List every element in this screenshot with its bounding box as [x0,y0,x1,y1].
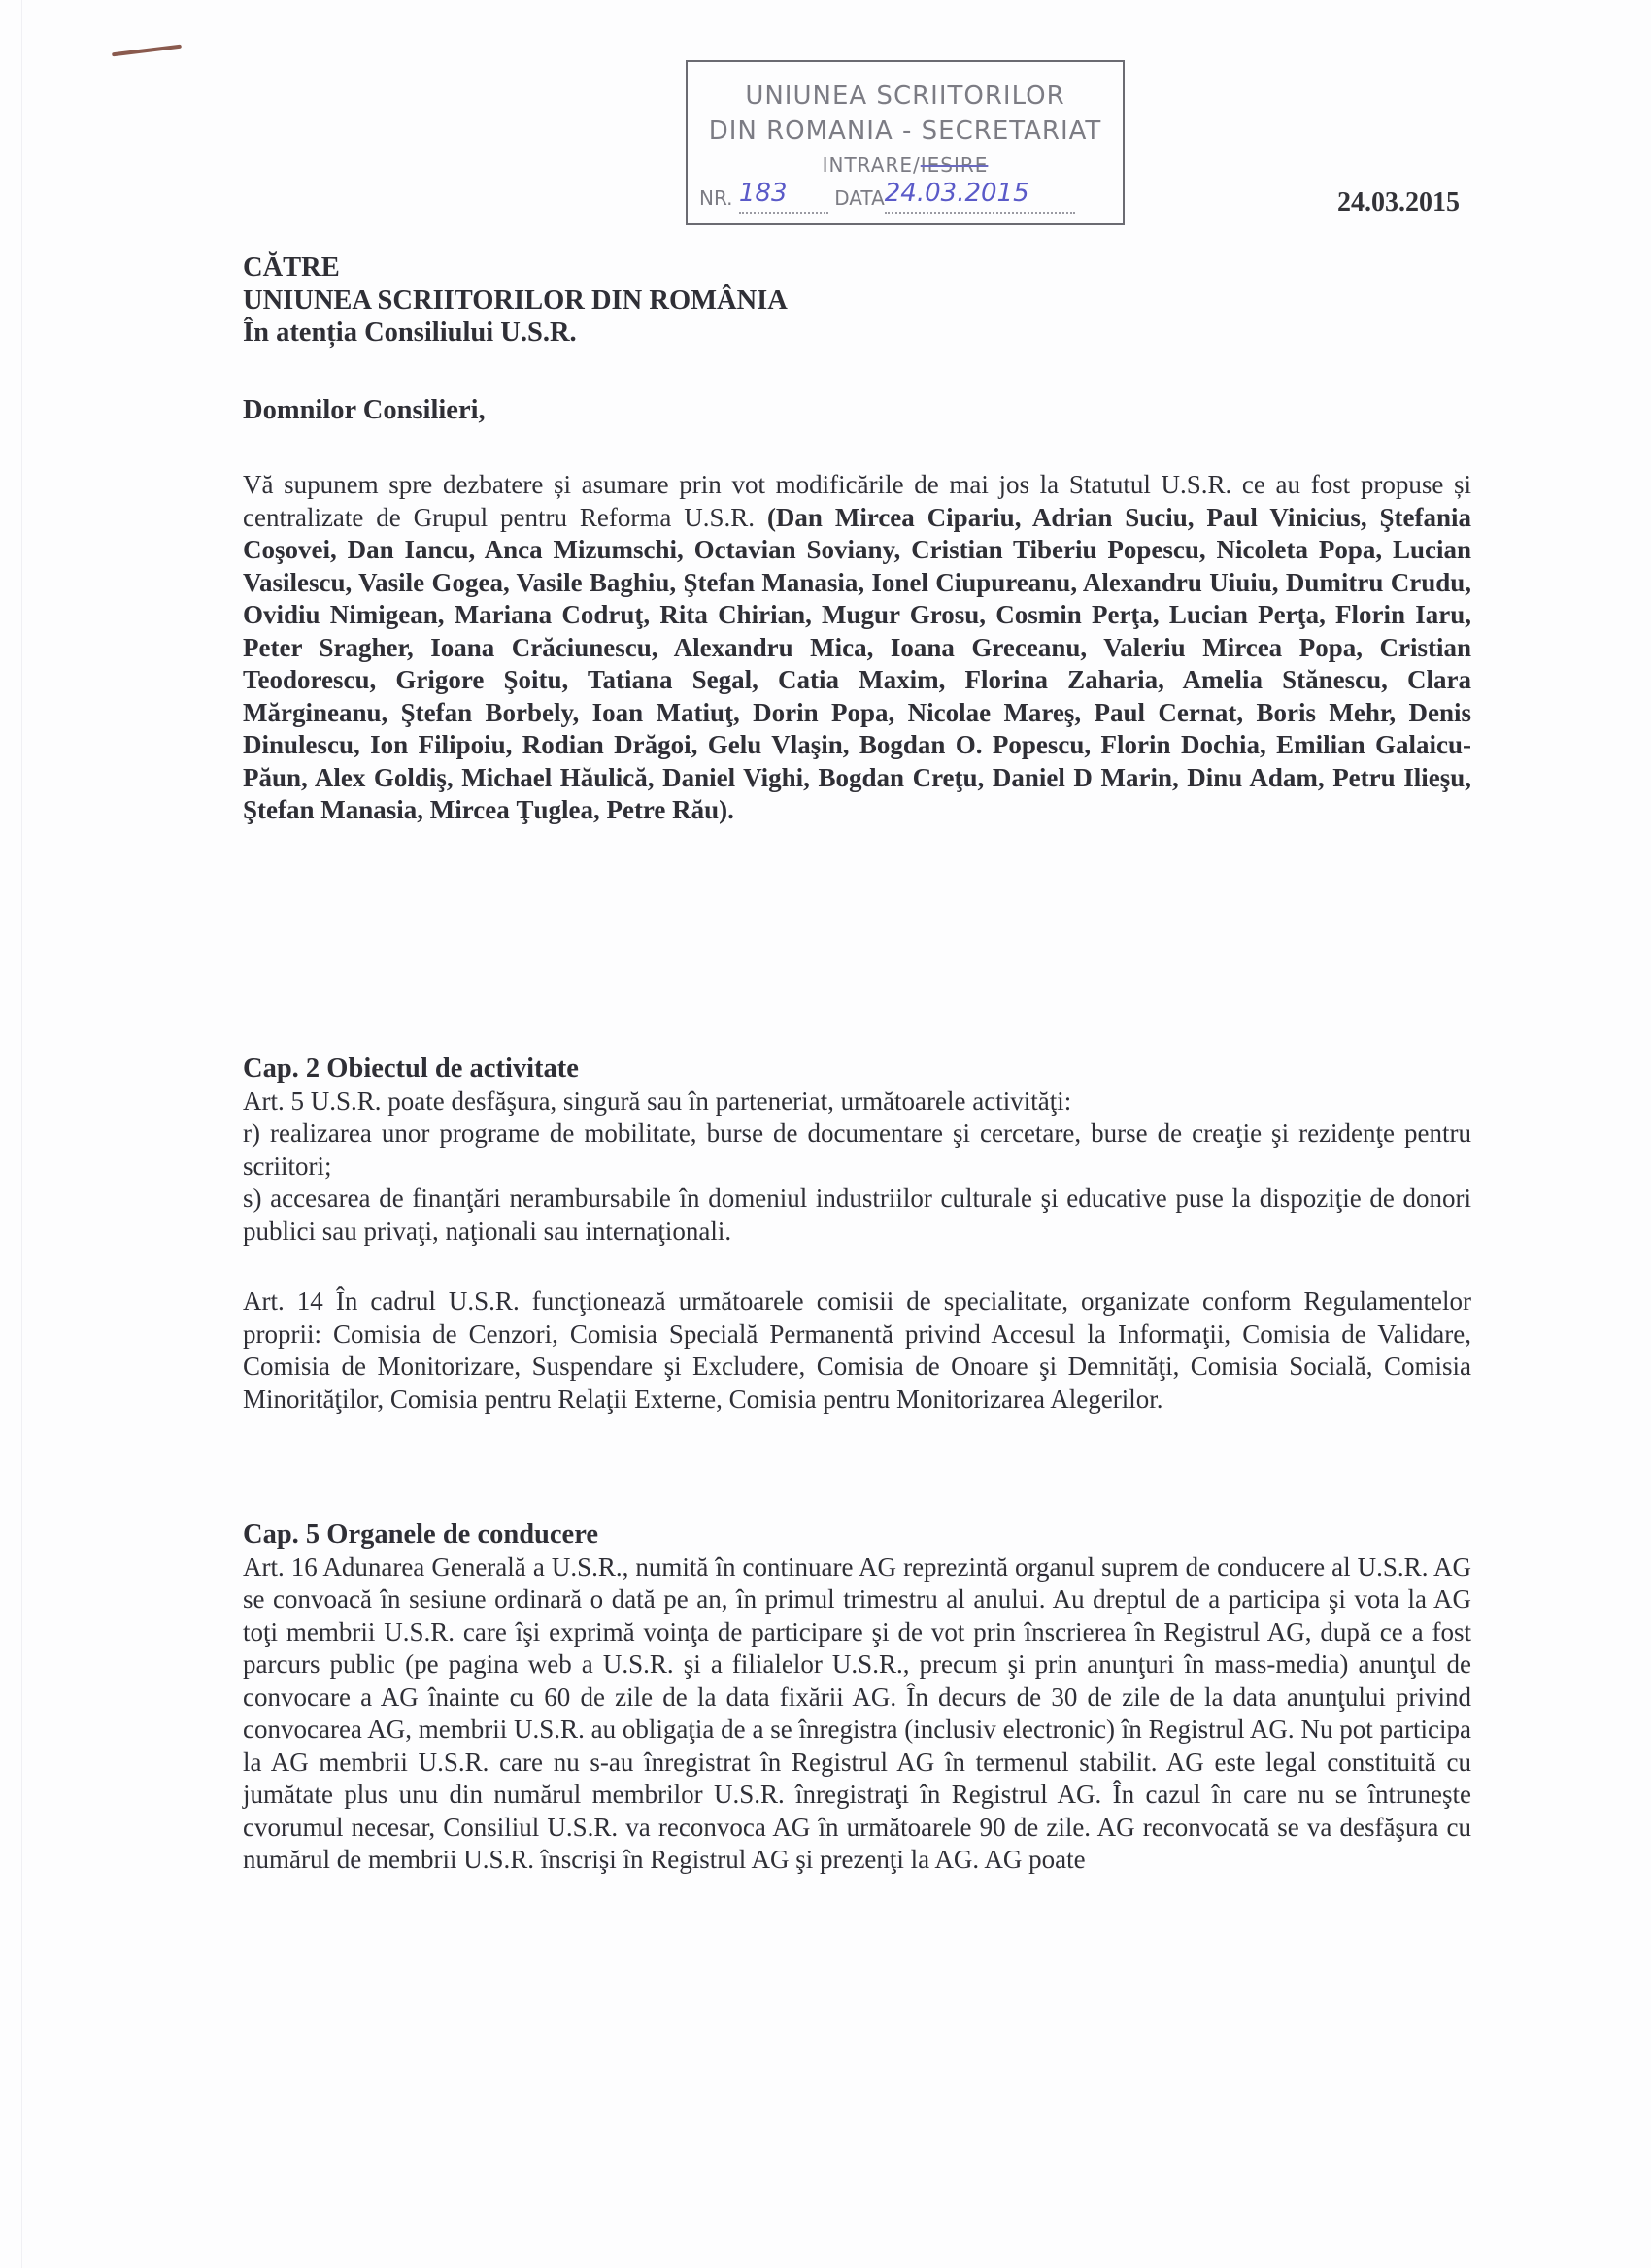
page-edge [21,0,22,2268]
chapter-2: Cap. 2 Obiectul de activitate Art. 5 U.S… [243,1052,1471,1248]
art-5-item-s: s) accesarea de finanţări nerambursabile… [243,1183,1471,1248]
addressee-block: CĂTRE UNIUNEA SCRIITORILOR DIN ROMÂNIA Î… [243,251,1471,350]
stamp-intrare: INTRARE/ [823,153,921,177]
stamp-line-2: DIN ROMANIA - SECRETARIAT [688,117,1123,146]
stamp-iesire-struck: IESIRE [921,153,989,177]
salutation-text: Domnilor Consilieri, [243,394,1471,427]
stamp-data-label: DATA [834,186,885,210]
stamp-nr-field: 183 [739,183,828,214]
art-5-item-r: r) realizarea unor programe de mobilitat… [243,1117,1471,1183]
header-date: 24.03.2015 [1337,187,1460,218]
art-16: Art. 16 Adunarea Generală a U.S.R., numi… [243,1551,1471,1877]
chapter-5: Cap. 5 Organele de conducere Art. 16 Adu… [243,1518,1471,1877]
stamp-nr-label: NR. [699,186,733,210]
stamp-nr-value: 183 [739,179,788,208]
chapter-5-heading: Cap. 5 Organele de conducere [243,1518,1471,1551]
art-5: Art. 5 U.S.R. poate desfăşura, singură s… [243,1085,1471,1118]
intro-paragraph: Vă supunem spre dezbatere și asumare pri… [243,469,1471,827]
stamp-line-1: UNIUNEA SCRIITORILOR [688,82,1123,111]
salutation: Domnilor Consilieri, [243,394,1471,427]
pen-mark [112,45,182,57]
stamp-data-field: 24.03.2015 [885,183,1075,214]
addressee-line-1: CĂTRE [243,251,1471,284]
reform-group-names: (Dan Mircea Cipariu, Adrian Suciu, Paul … [243,503,1471,825]
art-14: Art. 14 În cadrul U.S.R. funcţionează ur… [243,1285,1471,1416]
addressee-line-3: În atenția Consiliului U.S.R. [243,317,1471,350]
stamp-line-4: NR. 183 DATA24.03.2015 [699,183,1111,216]
stamp-line-3: INTRARE/IESIRE [688,153,1123,177]
stamp-data-value: 24.03.2015 [885,179,1029,208]
addressee-line-2: UNIUNEA SCRIITORILOR DIN ROMÂNIA [243,284,1471,317]
chapter-2-heading: Cap. 2 Obiectul de activitate [243,1052,1471,1085]
registration-stamp: UNIUNEA SCRIITORILOR DIN ROMANIA - SECRE… [686,60,1125,225]
